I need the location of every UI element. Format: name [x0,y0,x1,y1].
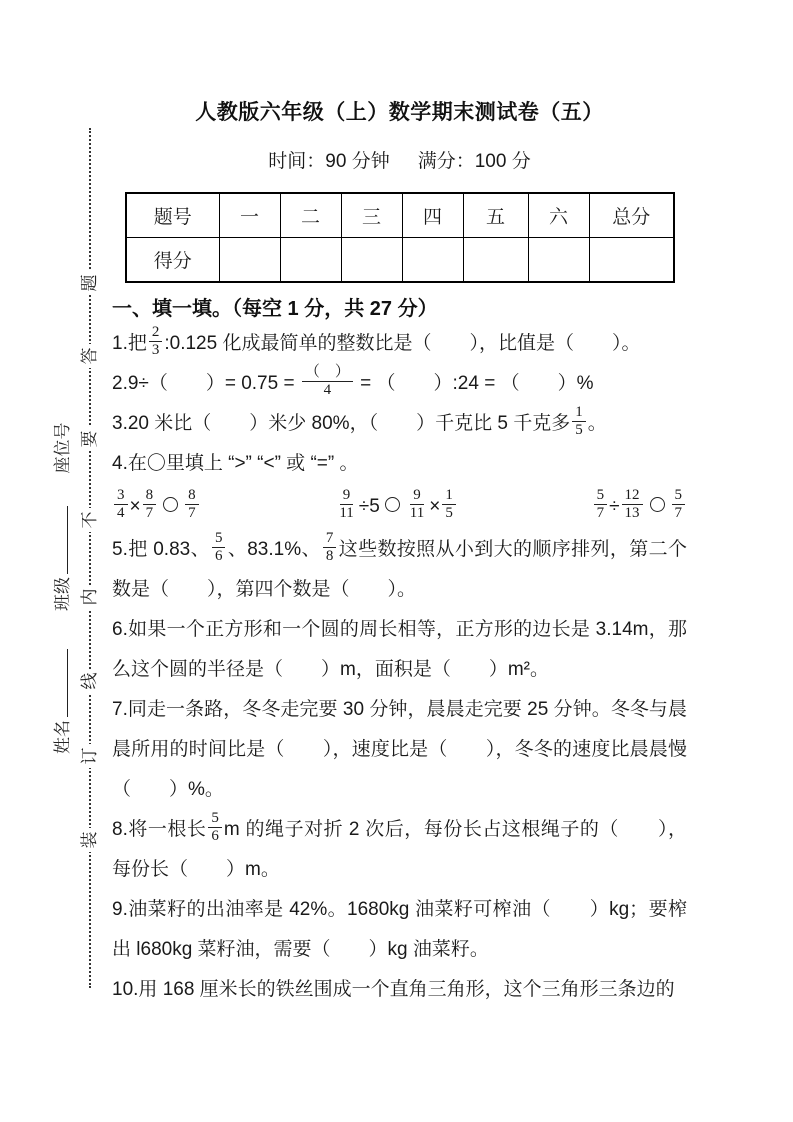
question-6: 6.如果一个正方形和一个圆的周长相等，正方形的边长是 3.14m，那么这个圆的半… [112,610,687,690]
text-run: 1.把 [112,333,147,354]
fraction: 87 [143,487,157,522]
fraction: 56 [208,810,222,845]
score-table-header: 总分 [589,193,674,238]
class-text: 班级 [53,577,72,611]
fraction-denominator: 11 [407,505,427,522]
fraction: 57 [672,487,686,522]
fraction-denominator: 7 [672,505,686,522]
fraction-denominator: 4 [321,382,335,399]
compare-expression-1: 34×8787 [112,484,201,530]
compare-circle-icon [163,497,178,512]
fraction-numerator: 9 [410,487,424,505]
fraction: 911 [407,487,427,522]
fraction-numerator: 5 [672,487,686,505]
score-cell-empty [402,238,463,283]
binding-char: 订 [78,744,102,768]
text-run: 8.将一根长 [112,819,206,840]
score-cell-empty [341,238,402,283]
score-table-header: 五 [463,193,528,238]
text-run: 10.用 168 厘米长的铁丝围成一个直角三角形，这个三角形三条边的 [112,979,675,1000]
text-run: 2.9÷（ ）= 0.75 = [112,373,300,394]
question-9: 9.油菜籽的出油率是 42%。1680kg 油菜籽可榨油（ ）kg；要榨出 l6… [112,890,687,970]
question-5: 5.把 0.83、56、83.1%、78这些数按照从小到大的顺序排列，第二个数是… [112,530,687,610]
text-run: ÷5 [359,496,380,517]
fraction-numerator: 1 [442,487,456,505]
class-blank-line [53,506,68,574]
class-label: 班级 [52,505,74,611]
name-text: 姓名 [53,720,72,754]
score-cell-empty [219,238,280,283]
question-7: 7.同走一条路，冬冬走完要 30 分钟，晨晨走完要 25 分钟。冬冬与晨晨所用的… [112,690,687,810]
content-column: 人教版六年级（上）数学期末测试卷（五） 时间：90 分钟满分：100 分 题号 … [112,0,687,1010]
text-run: :0.125 化成最简单的整数比是（ ），比值是（ ）。 [164,333,640,354]
score-row-label: 得分 [126,238,219,283]
fraction-denominator: 6 [208,828,222,845]
fraction-numerator: 7 [323,530,337,548]
fraction: 57 [594,487,608,522]
time-limit: 时间：90 分钟 [268,151,389,172]
seat-number-label: 座位号 [52,418,74,478]
fraction: 78 [323,530,337,565]
fraction-numerator: 8 [143,487,157,505]
fraction-numerator: 8 [185,487,199,505]
fraction: 23 [149,324,163,359]
text-run: 5.把 0.83、 [112,539,210,560]
question-4: 4.在〇里填上 “>” “<” 或 “=” 。 [112,444,687,484]
question-3: 3.20 米比（ ）米少 80%，（ ）千克比 5 千克多15。 [112,404,687,444]
fraction-numerator: 2 [149,324,163,342]
fraction: 56 [212,530,226,565]
question-4-expressions: 34×8787 911÷5911×15 57÷121357 [112,484,687,530]
fraction: 87 [185,487,199,522]
fraction: 34 [114,487,128,522]
binding-char: 题 [78,271,102,295]
compare-expression-2: 911÷5911×15 [334,484,458,530]
score-table-header: 三 [341,193,402,238]
text-run: 7.同走一条路，冬冬走完要 30 分钟，晨晨走完要 25 分钟。冬冬与晨晨所用的… [112,699,687,800]
score-table-score-row: 得分 [126,238,674,283]
text-run: ÷ [609,496,619,517]
binding-char: 线 [78,669,102,693]
fraction-denominator: 4 [114,505,128,522]
question-1: 1.把23:0.125 化成最简单的整数比是（ ），比值是（ ）。 [112,324,687,364]
compare-circle-icon [650,497,665,512]
binding-char: 内 [78,585,102,609]
fraction-denominator: 6 [212,548,226,565]
score-table-header: 一 [219,193,280,238]
section-heading: 一、填一填。（每空 1 分，共 27 分） [112,296,687,322]
fraction-denominator: 7 [185,505,199,522]
score-table-header-row: 题号 一 二 三 四 五 六 总分 [126,193,674,238]
fraction-numerator: 12 [622,487,643,505]
fraction-numerator: 1 [572,404,586,422]
fraction-denominator: 5 [442,505,456,522]
compare-expression-3: 57÷121357 [592,484,687,530]
text-run: × [130,496,141,517]
fraction-denominator: 7 [594,505,608,522]
fraction-denominator: 3 [149,342,163,359]
text-run: = （ ）:24 = （ ）% [355,373,594,394]
fraction-numerator: 3 [114,487,128,505]
score-table-header: 二 [280,193,341,238]
score-cell-empty [589,238,674,283]
binding-char: 答 [78,344,102,368]
fraction-denominator: 13 [622,505,643,522]
score-table-header: 四 [402,193,463,238]
seat-number-text: 座位号 [53,423,72,474]
text-run: 9.油菜籽的出油率是 42%。1680kg 油菜籽可榨油（ ）kg；要榨出 l6… [112,899,687,960]
text-run: 6.如果一个正方形和一个圆的周长相等，正方形的边长是 3.14m，那么这个圆的半… [112,619,687,680]
exam-meta: 时间：90 分钟满分：100 分 [112,146,687,173]
score-cell-empty [280,238,341,283]
score-cell-empty [528,238,589,283]
name-label: 姓名 [52,646,74,754]
name-blank-line [53,649,68,717]
question-8: 8.将一根长56m 的绳子对折 2 次后，每份长占这根绳子的（ ），每份长（ ）… [112,810,687,890]
text-run: × [429,496,440,517]
score-table-header: 六 [528,193,589,238]
fraction-numerator: 5 [208,810,222,828]
fraction-denominator: 8 [323,548,337,565]
text-run: 3.20 米比（ ）米少 80%，（ ）千克比 5 千克多 [112,413,570,434]
score-table-header: 题号 [126,193,219,238]
binding-char: 装 [78,828,102,852]
full-score: 满分：100 分 [418,151,531,172]
text-run: 。 [588,413,607,434]
fraction-denominator: 11 [336,505,356,522]
fraction-numerator: 5 [594,487,608,505]
fraction-denominator: 7 [143,505,157,522]
fraction: 15 [442,487,456,522]
binding-char: 要 [78,427,102,451]
fraction-numerator: 9 [340,487,354,505]
fraction-denominator: 5 [572,422,586,439]
score-cell-empty [463,238,528,283]
question-2: 2.9÷（ ）= 0.75 = （ ）4 = （ ）:24 = （ ）% [112,364,687,404]
fraction: （ ）4 [302,364,353,399]
page-title: 人教版六年级（上）数学期末测试卷（五） [112,100,687,125]
compare-circle-icon [385,497,400,512]
fraction-numerator: 5 [212,530,226,548]
question-10: 10.用 168 厘米长的铁丝围成一个直角三角形，这个三角形三条边的 [112,970,687,1010]
exam-page: 题 答 要 不 内 线 订 装 座位号 班级 姓名 人教版六年级（上）数学期末测… [0,0,793,1122]
text-run: 4.在〇里填上 “>” “<” 或 “=” 。 [112,453,359,474]
fraction: 15 [572,404,586,439]
binding-dotted-line [89,128,91,988]
fraction-numerator: （ ） [302,364,353,382]
fraction: 911 [336,487,356,522]
score-table: 题号 一 二 三 四 五 六 总分 得分 [125,192,675,283]
text-run: 、83.1%、 [227,539,320,560]
binding-char: 不 [78,508,102,532]
fraction: 1213 [622,487,643,522]
